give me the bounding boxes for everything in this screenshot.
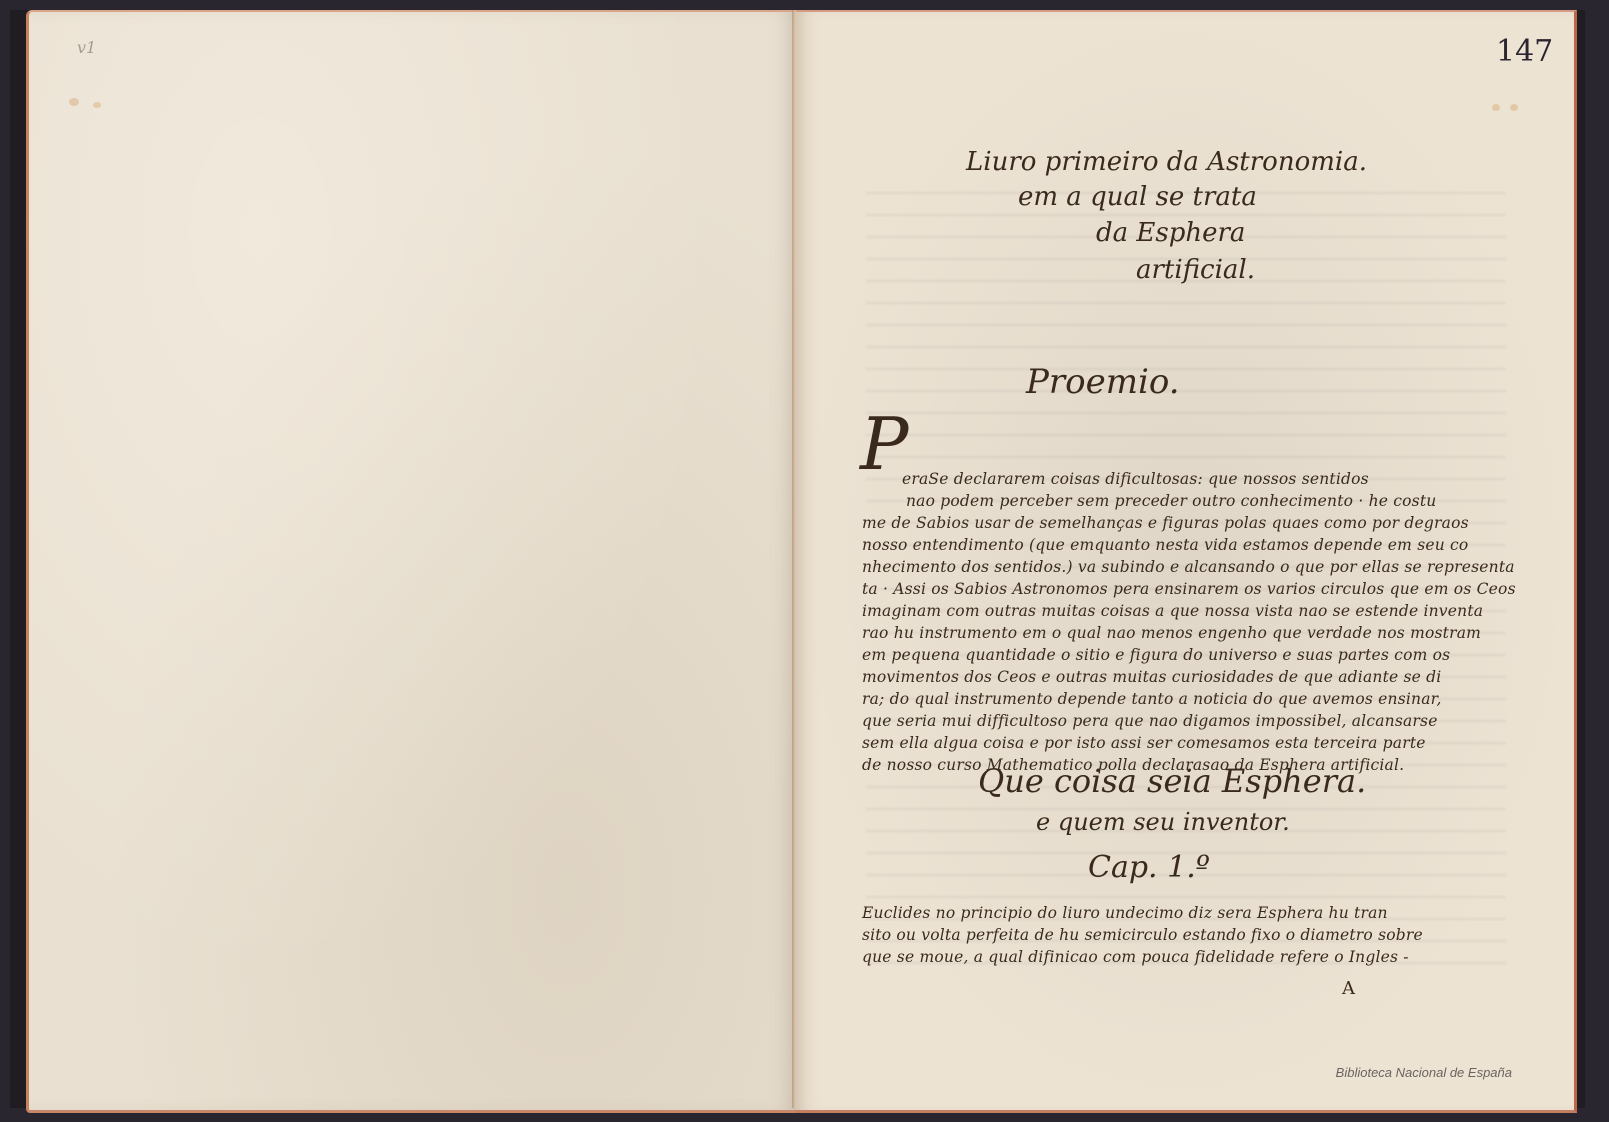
text-line: em pequena quantidade o sitio e figura d… xyxy=(862,646,1450,664)
folio-number: 147 xyxy=(1496,34,1553,69)
text-line: que se moue, a qual difinicao com pouca … xyxy=(862,948,1409,966)
text-line: rao hu instrumento em o qual nao menos e… xyxy=(862,624,1481,642)
text-line: nao podem perceber sem preceder outro co… xyxy=(906,492,1436,510)
text-line: movimentos dos Ceos e outras muitas curi… xyxy=(862,668,1441,686)
title-line-3: da Esphera xyxy=(1096,218,1245,248)
text-line: imaginam com outras muitas coisas a que … xyxy=(862,602,1483,620)
text-line: nosso entendimento (que emquanto nesta v… xyxy=(862,536,1468,554)
left-page: v1 xyxy=(26,10,799,1113)
stain xyxy=(1510,104,1518,111)
text-line: ra; do qual instrumento depende tanto a … xyxy=(862,690,1442,708)
text-line: sito ou volta perfeita de hu semicirculo… xyxy=(862,926,1423,944)
chapter-heading-line-1: Que coisa seia Esphera. xyxy=(978,762,1366,800)
library-watermark: Biblioteca Nacional de España xyxy=(1336,1065,1512,1080)
ghost-mark: v1 xyxy=(77,38,96,57)
right-page: 147 Liuro primeiro da Astronomia. em a q… xyxy=(796,10,1577,1113)
title-line-4: artificial. xyxy=(1136,255,1255,285)
stain xyxy=(93,102,101,108)
title-line-1: Liuro primeiro da Astronomia. xyxy=(966,147,1367,177)
proemio-heading: Proemio. xyxy=(1026,362,1180,402)
chapter-label: Cap. 1.º xyxy=(1088,850,1210,885)
stain xyxy=(69,98,79,106)
book-spread: v1 147 Liuro primeiro da Astronomia. em … xyxy=(10,10,1585,1108)
title-line-2: em a qual se trata xyxy=(1018,182,1257,212)
text-line: eraSe declararem coisas dificultosas: qu… xyxy=(902,470,1369,488)
text-line: nhecimento dos sentidos.) va subindo e a… xyxy=(862,558,1515,576)
chapter-heading-line-2: e quem seu inventor. xyxy=(1036,808,1290,836)
text-line: que seria mui difficultoso pera que nao … xyxy=(862,712,1438,730)
text-line: ta · Assi os Sabios Astronomos pera ensi… xyxy=(862,580,1516,598)
text-line: sem ella algua coisa e por isto assi ser… xyxy=(862,734,1426,752)
text-line: Euclides no principio do liuro undecimo … xyxy=(862,904,1388,922)
text-line: me de Sabios usar de semelhanças e figur… xyxy=(862,514,1469,532)
signature-mark: A xyxy=(1342,978,1355,999)
stain xyxy=(1492,104,1500,111)
